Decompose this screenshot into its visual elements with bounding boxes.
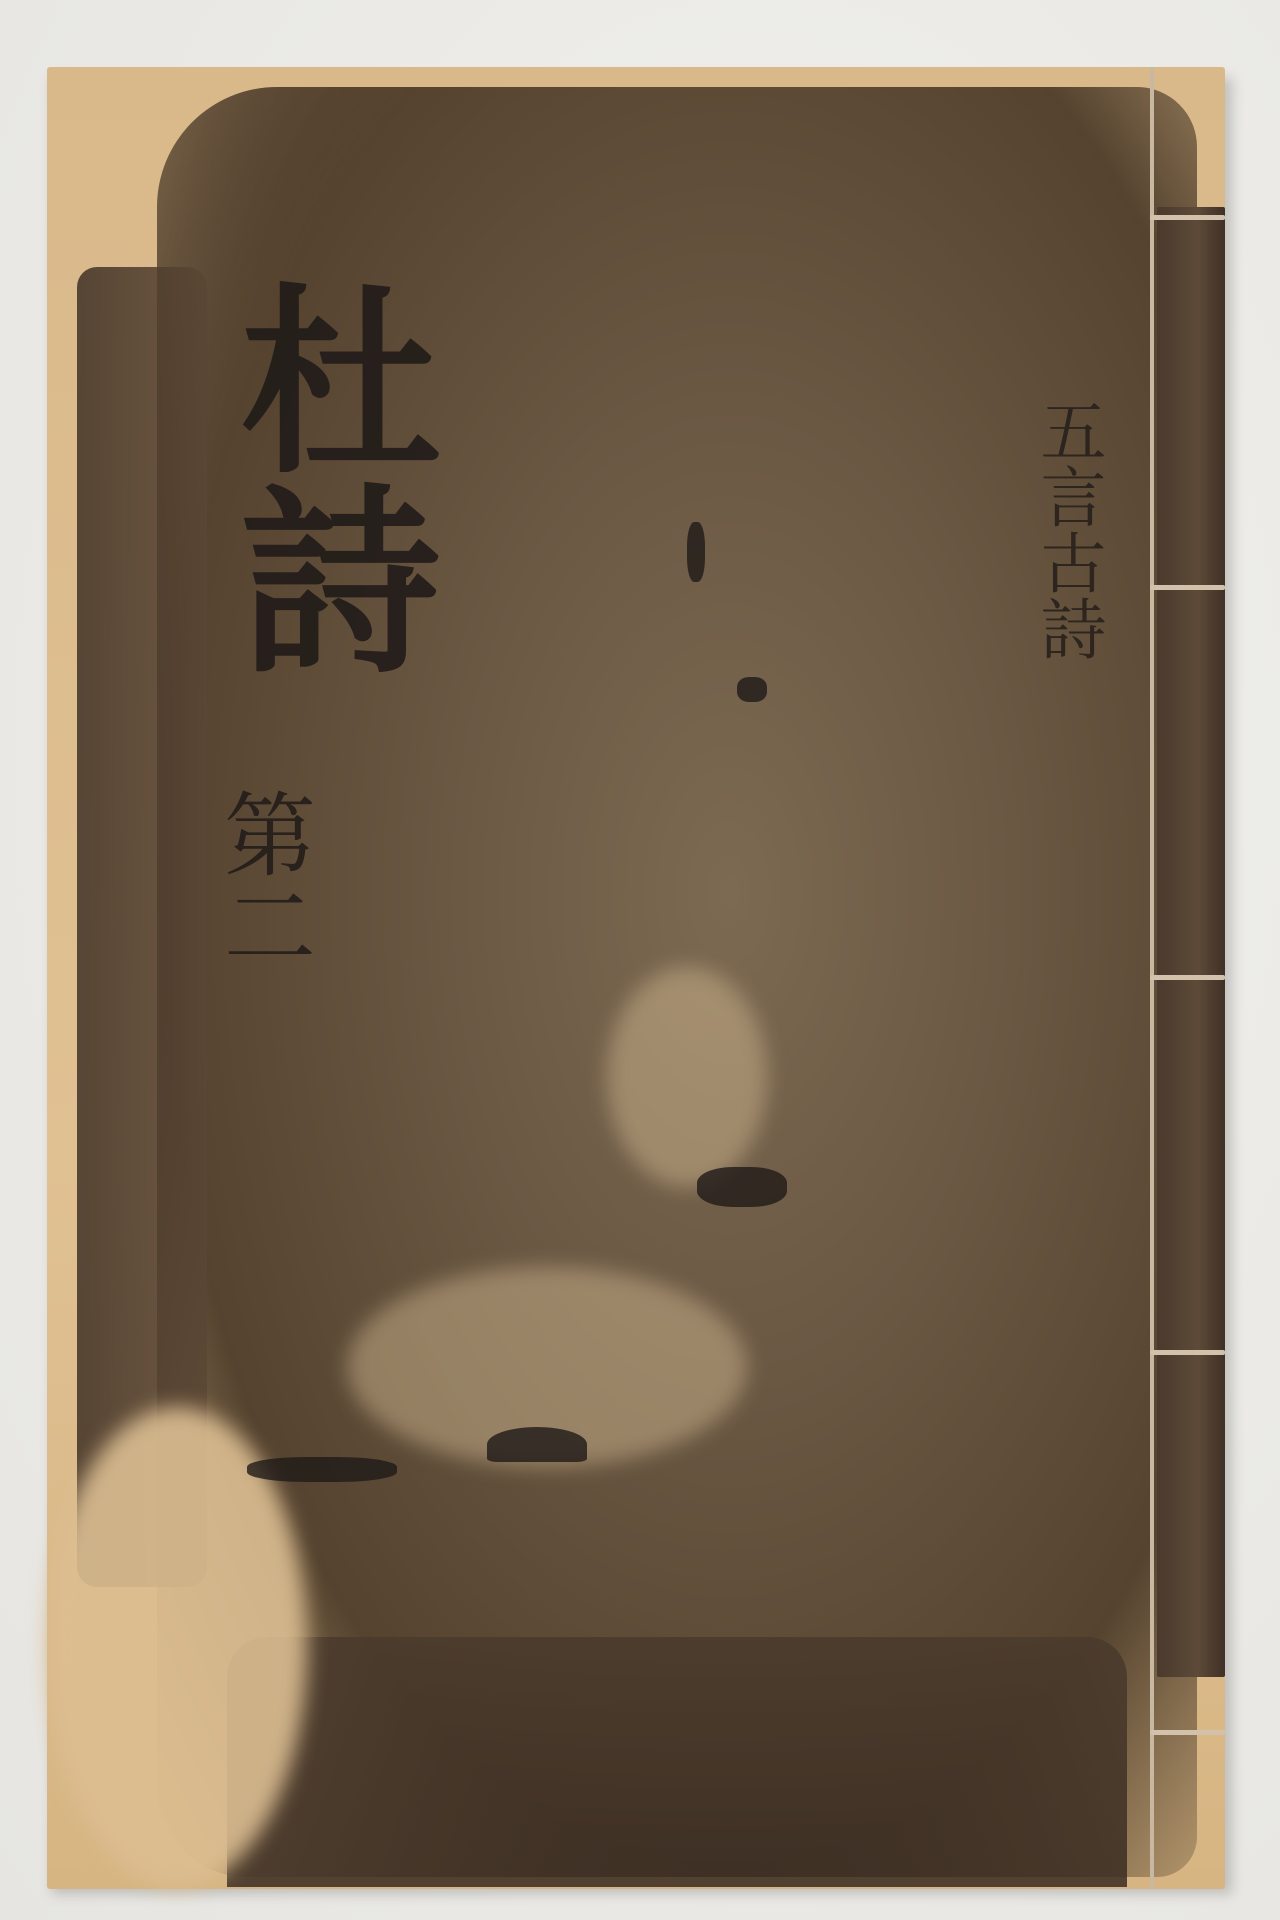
ink-mark [247,1457,397,1482]
ink-mark [737,677,767,702]
stitch [1150,1350,1225,1355]
stitch [1150,975,1225,980]
volume-number: 第二 [212,787,312,971]
ink-mark [687,522,705,582]
ink-mark [697,1167,787,1207]
stitch [1150,585,1225,590]
book-cover: 杜詩 第二 五言古詩 [47,67,1225,1889]
stain-bottom [227,1637,1127,1887]
worn-patch [607,967,767,1187]
stitch [1150,1730,1225,1735]
spine-strip [1157,207,1225,1677]
ink-mark [487,1427,587,1462]
cover-title: 杜詩 [167,277,427,677]
stitch [1150,215,1225,220]
section-label: 五言古詩 [1032,397,1102,661]
